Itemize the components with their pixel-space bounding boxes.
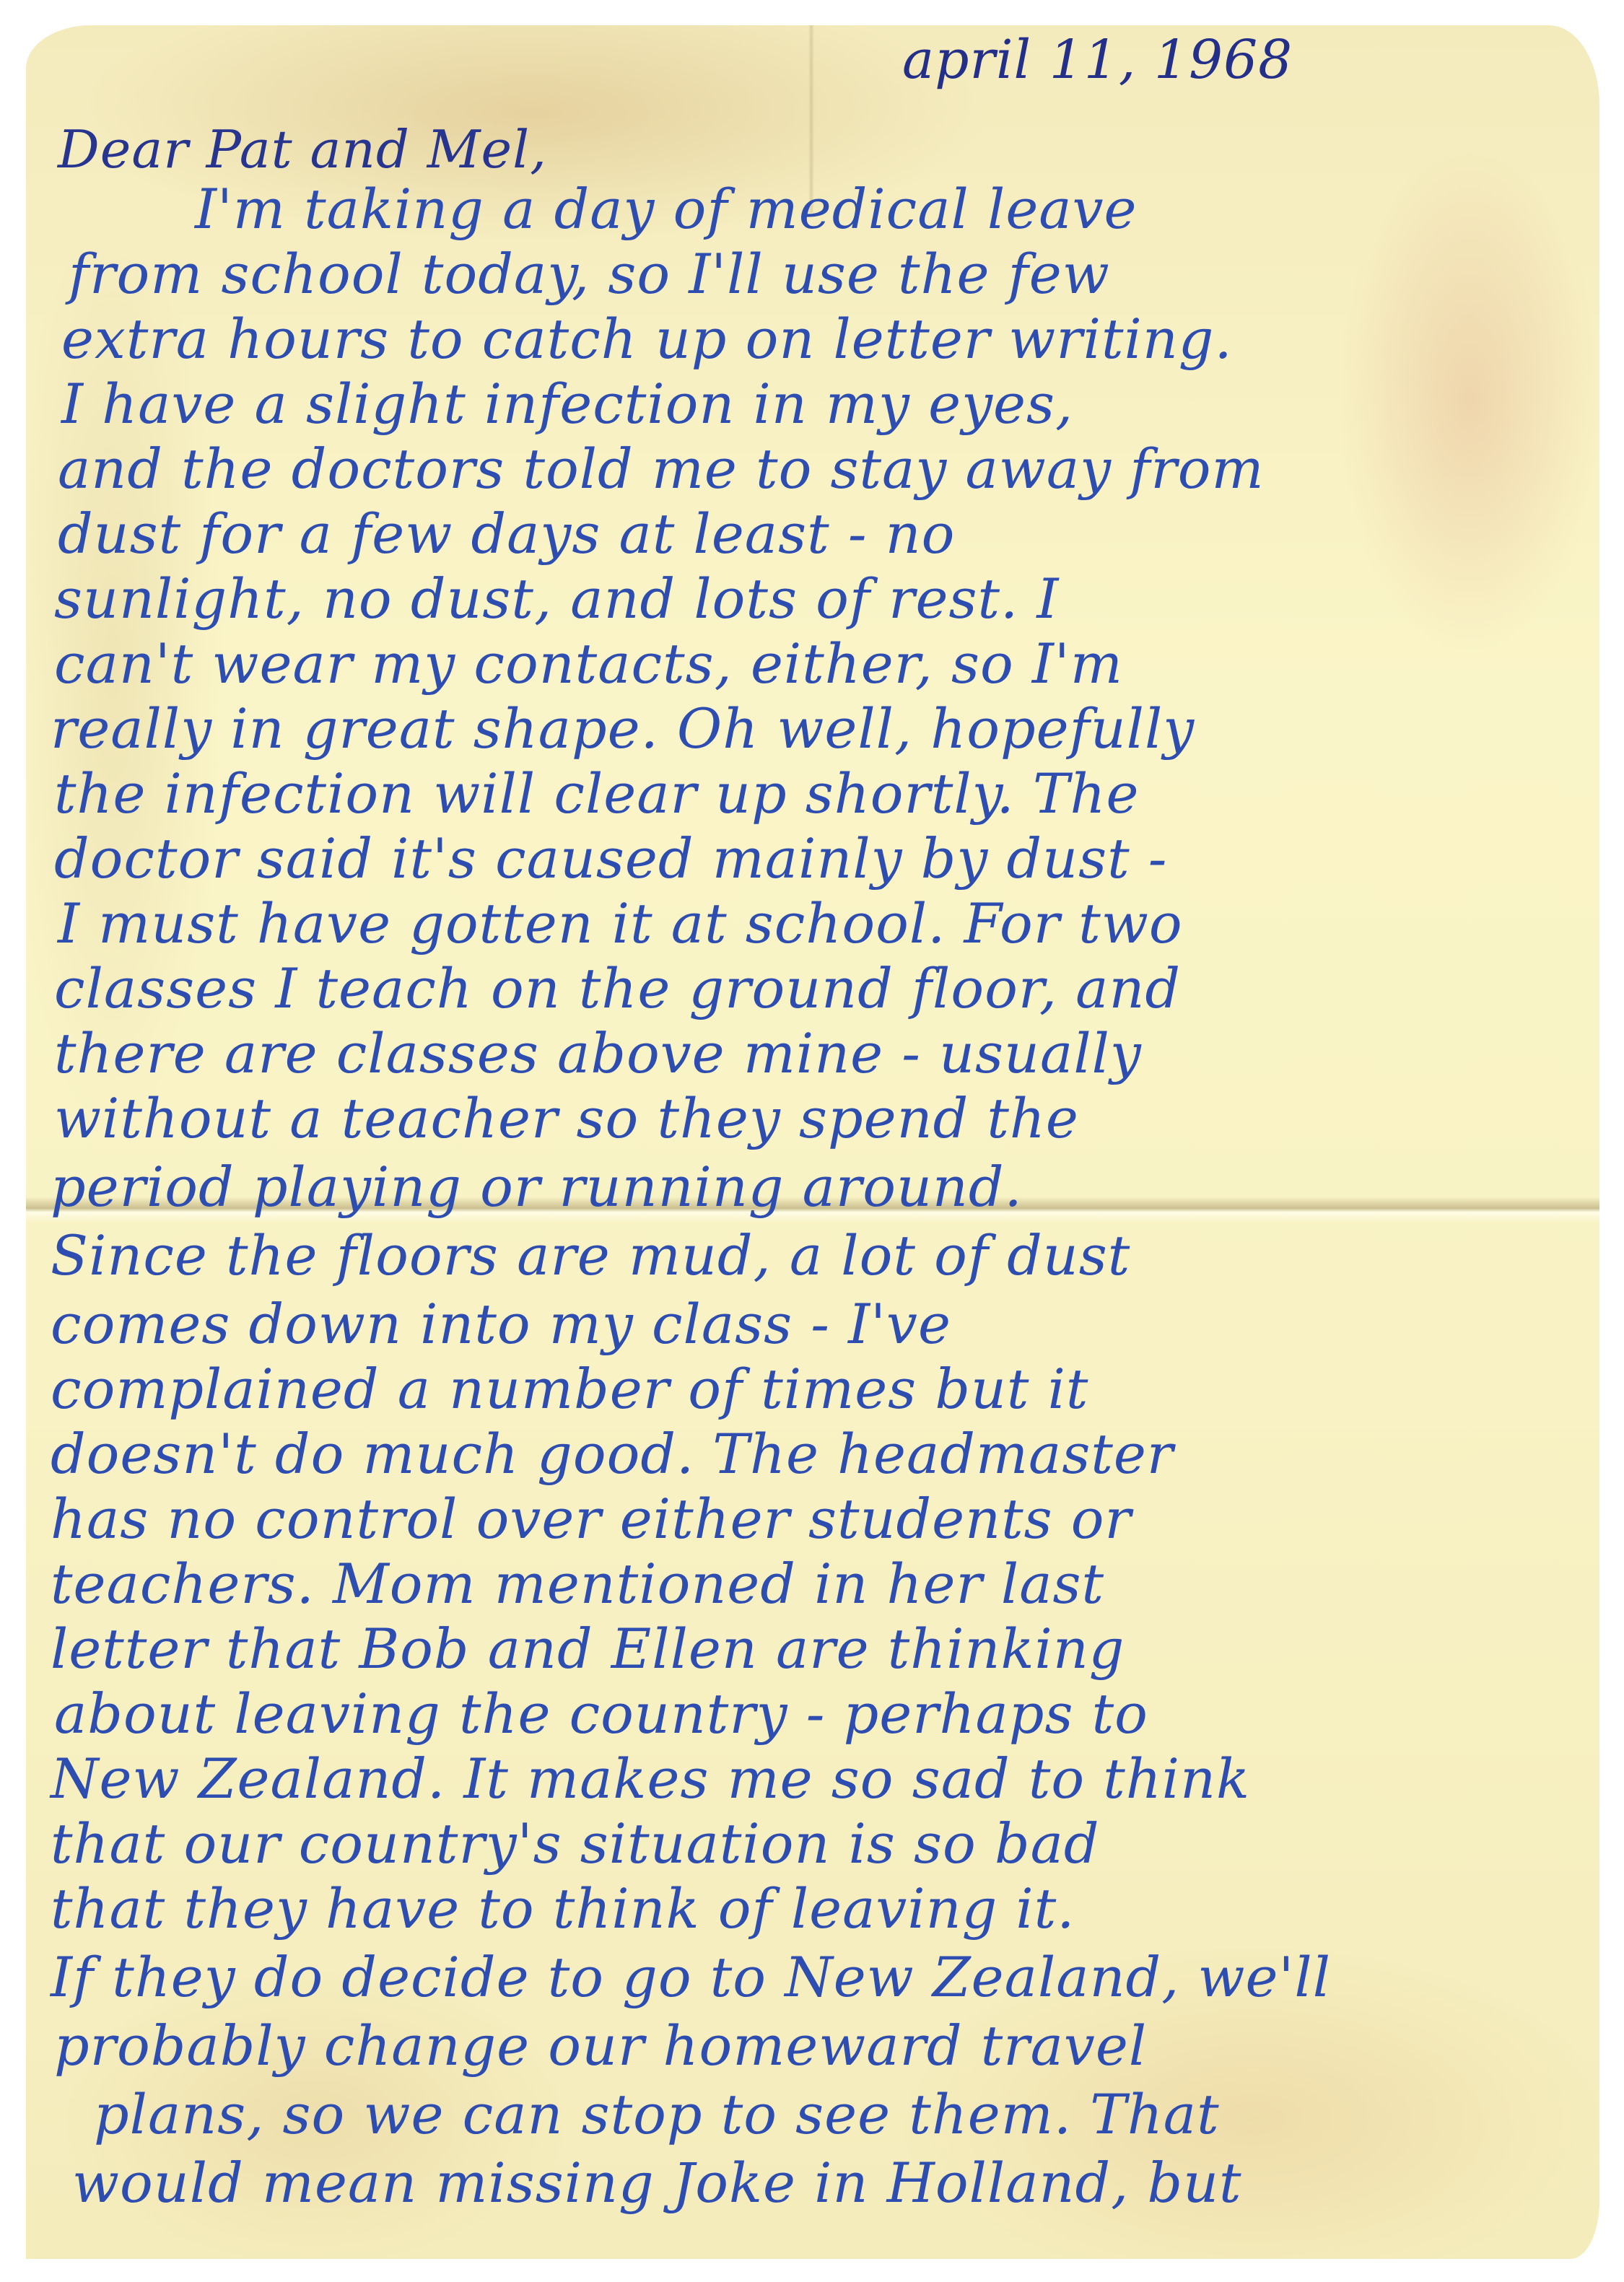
letter-line: letter that Bob and Ellen are thinking: [51, 1617, 1125, 1681]
letter-line: that they have to think of leaving it.: [51, 1876, 1075, 1941]
letter-line: complained a number of times but it: [51, 1357, 1088, 1421]
letter-line: extra hours to catch up on letter writin…: [61, 307, 1233, 371]
letter-line: from school today, so I'll use the few: [69, 242, 1110, 306]
letter-line: sunlight, no dust, and lots of rest. I: [54, 567, 1059, 631]
letter-line: probably change our homeward travel: [54, 2014, 1147, 2078]
letter-line: I have a slight infection in my eyes,: [61, 372, 1073, 436]
letter-line: plans, so we can stop to see them. That: [94, 2082, 1220, 2146]
letter-line: If they do decide to go to New Zealand, …: [51, 1945, 1331, 2009]
letter-line: period playing or running around.: [51, 1155, 1023, 1219]
letter-line: and the doctors told me to stay away fro…: [58, 437, 1265, 501]
letter-line: New Zealand. It makes me so sad to think: [51, 1747, 1250, 1811]
letter-line: that our country's situation is so bad: [51, 1811, 1100, 1876]
letter-line: Since the floors are mud, a lot of dust: [51, 1223, 1130, 1288]
letter-line: comes down into my class - I've: [51, 1292, 951, 1356]
letter-line: classes I teach on the ground floor, and: [54, 956, 1181, 1020]
letter-line: has no control over either students or: [51, 1487, 1132, 1551]
letter-line: would mean missing Joke in Holland, but: [72, 2151, 1242, 2215]
letter-line: I'm taking a day of medical leave: [195, 177, 1138, 241]
letter-date: april 11, 1968: [902, 29, 1293, 91]
letter-line: the infection will clear up shortly. The: [54, 761, 1139, 826]
letter-line: teachers. Mom mentioned in her last: [51, 1552, 1104, 1616]
letter-line: there are classes above mine - usually: [54, 1021, 1142, 1085]
letter-salutation: Dear Pat and Mel,: [58, 119, 547, 180]
letter-line: really in great shape. Oh well, hopefull…: [51, 696, 1195, 761]
letter-line: about leaving the country - perhaps to: [54, 1682, 1148, 1746]
letter-line: I must have gotten it at school. For two: [58, 891, 1183, 956]
letter-line: dust for a few days at least - no: [58, 502, 955, 566]
letter-line: doesn't do much good. The headmaster: [51, 1422, 1174, 1486]
letter-line: can't wear my contacts, either, so I'm: [54, 631, 1123, 696]
letter-line: without a teacher so they spend the: [54, 1086, 1079, 1150]
letter-line: doctor said it's caused mainly by dust -: [54, 826, 1167, 891]
